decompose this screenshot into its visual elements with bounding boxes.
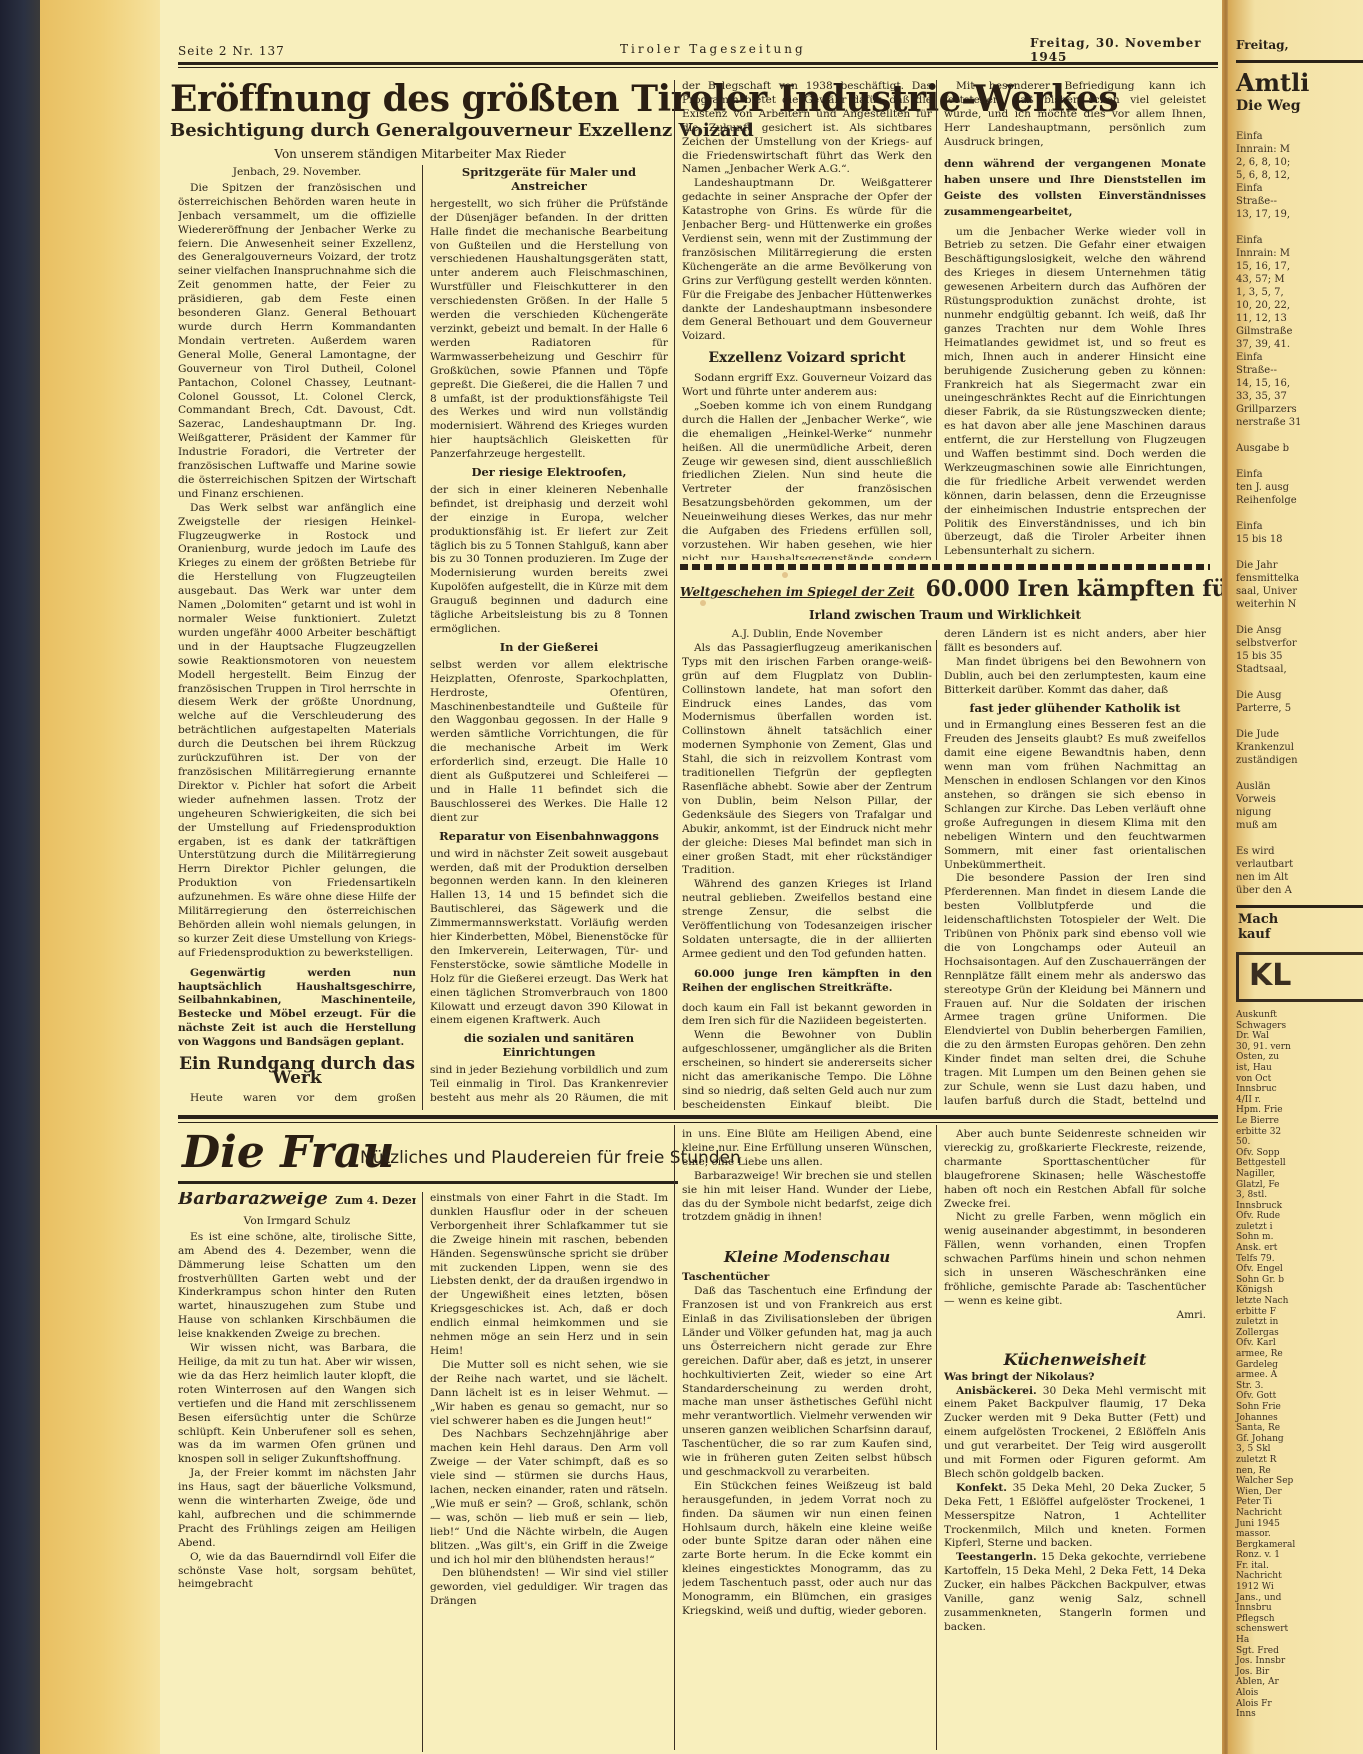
page-edge-stack [40,0,160,1754]
section-divider [178,1115,1218,1119]
recipe-text: 15 Deka gekochte, verriebene Kartoffeln,… [944,1551,1206,1633]
paragraph: Ja, der Freier kommt im nächsten Jahr in… [178,1467,416,1550]
main-article-column-3: der Belegschaft von 1938 beschäftigt. Da… [682,80,932,560]
small-ad-line: Ansk. ert [1236,1243,1363,1254]
small-ad-line: zuletzt in [1236,1317,1363,1328]
paragraph: der Belegschaft von 1938 beschäftigt. Da… [682,80,932,177]
ireland-column-1: A.J. Dublin, Ende November Als das Passa… [682,628,932,1110]
subheading-voizard-spricht: Exzellenz Voizard spricht [682,352,932,366]
listing-line: Einfa [1236,351,1363,364]
listing-line: Es wird [1236,845,1363,858]
listing-line [1236,507,1363,520]
small-ad-line: nen, Re [1236,1466,1363,1477]
small-ad-line: Wien, Der [1236,1487,1363,1498]
paragraph: hergestellt, wo sich früher die Prüfstän… [430,198,668,462]
listing-line: Straße-- [1236,364,1363,377]
small-ad-line: Jos. Bir [1236,1667,1363,1678]
listing-line: zuständigen [1236,754,1363,767]
small-ad-line: Peter Ti [1236,1497,1363,1508]
small-ad-line: zuletzt R [1236,1455,1363,1466]
masthead-rule [178,62,1218,65]
listing-line [1236,611,1363,624]
small-ad-line: Ofv. Rude [1236,1211,1363,1222]
listing-line: verlautbart [1236,858,1363,871]
ad-big-text: KL [1239,955,1363,996]
masthead-rule-thin [178,67,1218,68]
ad-rule [1236,905,1363,908]
modenschau-signature: Amri. [944,1309,1206,1323]
listing-line: 10, 20, 22, [1236,299,1363,312]
listing-line: 5, 6, 8, 12, [1236,169,1363,182]
next-page-listing: Einfa Innrain: M 2, 6, 8, 10; 5, 6, 8, 1… [1236,130,1363,897]
small-ad-line: Jos. Innsbr [1236,1656,1363,1667]
listing-line: Die Ausg [1236,689,1363,702]
barbarazweige-byline: Von Irmgard Schulz [178,1215,416,1229]
small-ad-line: Gardeleg [1236,1360,1363,1371]
subheading-katholik: fast jeder glühender Katholik ist [944,702,1206,716]
listing-line: 2, 6, 8, 10; [1236,156,1363,169]
listing-line: Parterre, 5 [1236,702,1363,715]
paragraph: „Soeben komme ich von einem Rundgang dur… [682,400,932,560]
small-ad-line: erbitte 32 [1236,1127,1363,1138]
paragraph: in uns. Eine Blüte am Heiligen Abend, ei… [682,1128,932,1170]
small-ad-line: Nachricht [1236,1571,1363,1582]
small-ad-line: Sgt. Fred [1236,1646,1363,1657]
listing-line: 14, 15, 16, [1236,377,1363,390]
newspaper-page: Seite 2 Nr. 137 Tiroler Tageszeitung Fre… [160,0,1225,1754]
listing-line: Einfa [1236,520,1363,533]
small-ad-line: Ofv. Karl [1236,1338,1363,1349]
listing-line: Einfa [1236,182,1363,195]
bold-paragraph: 60.000 junge Iren kämpften in den Reihen… [682,968,932,996]
ireland-dateline: A.J. Dublin, Ende November [682,628,932,642]
small-ad-line: Fr. ital. [1236,1561,1363,1572]
small-ad-line: Jans., und [1236,1593,1363,1604]
small-ad-line: zuletzt i [1236,1222,1363,1233]
listing-line: Auslän [1236,780,1363,793]
next-page-date: Freitag, [1236,38,1289,52]
listing-line: nerstraße 31 [1236,416,1363,429]
paragraph: Es ist eine schöne, alte, tirolische Sit… [178,1231,416,1342]
paragraph: Da dieses Ziel nun erreicht ist — die Je… [944,559,1206,560]
listing-line: Einfa [1236,468,1363,481]
small-ad-line: Ofv. Sopp [1236,1148,1363,1159]
small-ad-line: Dr. Wal [1236,1031,1363,1042]
listing-line: nigung [1236,806,1363,819]
recipe-name: Konfekt. [956,1482,1007,1494]
paragraph: Daß das Taschentuch eine Erfindung der F… [682,1285,932,1480]
recipe-name: Anisbäckerei. [956,1385,1037,1397]
small-ad-line: schenswert [1236,1624,1363,1635]
recipe: Konfekt. 35 Deka Mehl, 20 Deka Zucker, 5… [944,1482,1206,1552]
modenschau-subtitle: Taschentücher [682,1271,932,1285]
small-ad-line: Inns [1236,1709,1363,1720]
small-ad-line: Osten, zu [1236,1052,1363,1063]
column-rule [936,80,937,560]
next-page-subtitle: Die Weg [1236,98,1301,114]
small-ad-line: Sohn Frie [1236,1402,1363,1413]
small-ad-line: 4/II r. [1236,1095,1363,1106]
small-ad-line: ist, Hau [1236,1063,1363,1074]
listing-line [1236,221,1363,234]
small-ad-line: Zollergas [1236,1328,1363,1339]
paragraph: und wird in nächster Zeit soweit ausgeba… [430,848,668,1029]
small-ad-line: 3, 5 Skl [1236,1444,1363,1455]
listing-line: 13, 17, 19, [1236,208,1363,221]
column-rule [422,1192,423,1752]
paragraph: Mit besonderer Befriedigung kann ich fes… [944,80,1206,150]
paragraph: Aber auch bunte Seidenreste schneiden wi… [944,1128,1206,1211]
paragraph: Nicht zu grelle Farben, wenn möglich ein… [944,1211,1206,1308]
listing-line: 37, 39, 41. [1236,338,1363,351]
recipe: Teestangerln. 15 Deka gekochte, verriebe… [944,1551,1206,1634]
listing-line: saal, Univer [1236,585,1363,598]
listing-line: Grillparzers [1236,403,1363,416]
paragraph: selbst werden vor allem elektrische Heiz… [430,659,668,826]
paragraph: Den blühendsten! — Wir sind viel stiller… [430,1567,668,1609]
listing-line: fensmittelka [1236,572,1363,585]
small-ad-line: Alois [1236,1688,1363,1699]
small-ad-line: Walcher Sep [1236,1476,1363,1487]
small-ad-line: Str. 3. [1236,1381,1363,1392]
paragraph: Barbarazweige! Wir brechen sie und stell… [682,1170,932,1226]
paragraph: Die Mutter soll es nicht sehen, wie sie … [430,1359,668,1429]
newspaper-name: Tiroler Tageszeitung [620,42,806,56]
small-ad-line: Santa, Re [1236,1423,1363,1434]
small-ad-line: von Oct [1236,1074,1363,1085]
dateline: Jenbach, 29. November. [178,166,416,180]
listing-line: 11, 12, 13 [1236,312,1363,325]
small-ad-line: erbitte F [1236,1307,1363,1318]
listing-line: Die Jude [1236,728,1363,741]
recipe: Anisbäckerei. 30 Deka Mehl vermischt mit… [944,1385,1206,1482]
paragraph: Landeshauptmann Dr. Weißgatterer gedacht… [682,177,932,344]
listing-line: Vorweis [1236,793,1363,806]
listing-line: selbstverfor [1236,637,1363,650]
column-rule [936,1125,937,1750]
paragraph: O, wie da das Bauerndirndl voll Eifer di… [178,1551,416,1593]
paragraph: Heute waren vor dem großen Eingangstor, … [178,1092,416,1106]
ad-line: kauf [1238,927,1278,942]
listing-line: ten J. ausg [1236,481,1363,494]
kuechenweisheit-question: Was bringt der Nikolaus? [944,1371,1206,1385]
small-ad-line: Juni 1945 [1236,1519,1363,1530]
small-ad-line: Bettgestell [1236,1158,1363,1169]
wavy-divider [680,564,1210,570]
page-number: Seite 2 Nr. 137 [178,44,285,58]
small-ad-line: Ofv. Engel [1236,1264,1363,1275]
column-rule [422,165,423,1110]
frau-column-3: in uns. Eine Blüte am Heiligen Abend, ei… [682,1128,932,1752]
ad-box: KL [1236,952,1363,1002]
subheading-reparatur: Reparatur von Eisenbahnwaggons [430,830,668,844]
barbarazweige-column-2: einstmals von einer Fahrt in die Stadt. … [430,1192,668,1752]
small-ad-line: Gf. Johang [1236,1434,1363,1445]
listing-line: Stadtsaal, [1236,663,1363,676]
paragraph: und in Ermanglung eines Besseren fest an… [944,719,1206,872]
kuechenweisheit-title: Küchenweisheit [944,1353,1206,1367]
barbarazweige-title: Barbarazweige [178,1192,328,1209]
listing-line [1236,676,1363,689]
small-ad-line: Alois Fr [1236,1699,1363,1710]
main-subheadline: Besichtigung durch Generalgouverneur Exz… [170,120,670,141]
paper-stain [700,600,706,606]
bold-paragraph: Gegenwärtig werden nun hauptsächlich Hau… [178,967,416,1050]
paragraph: der sich in einer kleineren Nebenhalle b… [430,484,668,637]
main-headline: Eröffnung des größten Tiroler Industrie-… [170,78,670,120]
paragraph: Während des ganzen Krieges ist Irland ne… [682,878,932,961]
paragraph: deren Ländern ist es nicht anders, aber … [944,628,1206,656]
main-byline: Von unserem ständigen Mitarbeiter Max Ri… [170,147,670,161]
section-heading-rundgang: Ein Rundgang durch das Werk [178,1058,416,1086]
listing-line: 15 bis 35 [1236,650,1363,663]
paragraph: sind in jeder Beziehung vorbildlich und … [430,1064,668,1106]
listing-line: Die Ansg [1236,624,1363,637]
ad-header: Mach kauf [1238,912,1278,942]
ireland-header: Weltgeschehen im Spiegel der Zeit 60.000… [680,576,1210,602]
small-ad-line: armee, Re [1236,1349,1363,1360]
listing-line: Die Jahr [1236,559,1363,572]
paragraph: Man findet übrigens bei den Bewohnern vo… [944,656,1206,698]
paragraph: Wenn die Bewohner von Dublin aufgeschlos… [682,1029,932,1110]
paragraph: Die besondere Passion der Iren sind Pfer… [944,872,1206,1110]
ireland-kicker: Weltgeschehen im Spiegel der Zeit [680,585,914,599]
listing-line: Einfa [1236,234,1363,247]
listing-line: über den A [1236,884,1363,897]
bold-paragraph: denn während der vergangenen Monate habe… [944,156,1206,220]
paragraph: Als das Passagierflugzeug amerikanischen… [682,642,932,878]
paragraph: doch kaum ein Fall ist bekannt geworden … [682,1002,932,1030]
modenschau-title: Kleine Modenschau [682,1251,932,1265]
small-ad-line: Ha [1236,1635,1363,1646]
subheading-spritzgeraete: Spritzgeräte für Maler und Anstreicher [430,166,668,194]
small-ad-line: 30, 91. vern [1236,1042,1363,1053]
small-ad-line: Johannes [1236,1413,1363,1424]
section-divider-thin [178,1122,1218,1123]
paragraph: einstmals von einer Fahrt in die Stadt. … [430,1192,668,1359]
small-ad-line: Sohn Gr. b [1236,1275,1363,1286]
small-ads-list: AuskunftSchwagersDr. Wal30, 91. vernOste… [1236,1010,1363,1720]
listing-line: 33, 35, 37 [1236,390,1363,403]
listing-line: Straße-- [1236,195,1363,208]
paragraph: Ein Stückchen feines Weißzeug ist bald h… [682,1480,932,1619]
listing-line: Gilmstraße [1236,325,1363,338]
small-ad-line: Sohn m. [1236,1232,1363,1243]
paper-stain [782,572,788,578]
listing-line: Innrain: M [1236,143,1363,156]
ad-line: Mach [1238,912,1278,927]
listing-line: Krankenzul [1236,741,1363,754]
frau-column-4: Aber auch bunte Seidenreste schneiden wi… [944,1128,1206,1752]
listing-line: weiterhin N [1236,598,1363,611]
paragraph: Sodann ergriff Exz. Gouverneur Voizard d… [682,372,932,400]
small-ad-line: letzte Nach [1236,1296,1363,1307]
paragraph: Die Spitzen der französischen und österr… [178,182,416,502]
small-ad-line: Pflegsch [1236,1614,1363,1625]
subheading-elektroofen: Der riesige Elektroofen, [430,466,668,480]
small-ad-line: Auskunft [1236,1010,1363,1021]
next-page-fragment: Freitag, Amtli Die Weg Einfa Innrain: M … [1228,0,1363,1754]
small-ad-line: Nagiller, [1236,1169,1363,1180]
column-rule [674,1125,675,1750]
listing-line: Innrain: M [1236,247,1363,260]
book-binding [0,0,40,1754]
issue-date: Freitag, 30. November 1945 [1030,36,1225,64]
small-ad-line: armee. A [1236,1370,1363,1381]
ireland-subheadline: Irland zwischen Traum und Wirklichkeit [680,608,1210,622]
listing-line: muß am [1236,819,1363,832]
paragraph: um die Jenbacher Werke wieder voll in Be… [944,226,1206,560]
small-ad-line: Telfs 79. [1236,1254,1363,1265]
small-ad-line: Schwagers [1236,1021,1363,1032]
small-ad-line: Innsbruck [1236,1201,1363,1212]
listing-line: 15, 16, 17, [1236,260,1363,273]
listing-line: Einfa [1236,130,1363,143]
recipe-text: 30 Deka Mehl vermischt mit einem Paket B… [944,1385,1206,1480]
barbarazweige-date: Zum 4. Dezember [335,1194,416,1207]
small-ad-line: Königsh [1236,1285,1363,1296]
small-ad-line: Innsbruc [1236,1084,1363,1095]
next-page-title: Amtli [1236,68,1309,97]
recipe-name: Teestangerln. [956,1551,1037,1563]
main-article-column-4: Mit besonderer Befriedigung kann ich fes… [944,80,1206,560]
column-rule [936,640,937,1110]
listing-line: 1, 3, 5, 7, [1236,286,1363,299]
listing-line: 43, 57; M [1236,273,1363,286]
small-ad-line: massor. [1236,1529,1363,1540]
small-ad-line: Nachricht [1236,1508,1363,1519]
small-ad-line: 1912 Wi [1236,1582,1363,1593]
paragraph: Wir wissen nicht, was Barbara, die Heili… [178,1342,416,1467]
main-article-column-1: Jenbach, 29. November. Die Spitzen der f… [178,166,416,1106]
subheading-sozial: die sozialen und sanitären Einrichtungen [430,1032,668,1060]
listing-line [1236,455,1363,468]
column-rule [674,80,675,1110]
listing-line: nen im Alt [1236,871,1363,884]
paragraph: Das Werk selbst war anfänglich eine Zwei… [178,502,416,961]
small-ad-line: Ronz. v. 1 [1236,1550,1363,1561]
subheading-giesserei: In der Gießerei [430,641,668,655]
small-ad-line: Ofv. Gott [1236,1391,1363,1402]
listing-line [1236,429,1363,442]
paragraph: Des Nachbars Sechzehnjährige aber machen… [430,1428,668,1567]
listing-line [1236,767,1363,780]
frau-header-rule [178,1181,678,1184]
small-ad-line: 3, 8stl. [1236,1190,1363,1201]
small-ad-line: 50. [1236,1137,1363,1148]
small-ad-line: Bergkameral [1236,1540,1363,1551]
listing-line: Reihenfolge [1236,494,1363,507]
listing-line: 15 bis 18 [1236,533,1363,546]
barbarazweige-column-1: Barbarazweige Zum 4. Dezember Von Irmgar… [178,1192,416,1752]
main-article-column-2: Spritzgeräte für Maler und Anstreicher h… [430,166,668,1106]
listing-line [1236,715,1363,728]
listing-line [1236,832,1363,845]
small-ad-line: Hpm. Frie [1236,1105,1363,1116]
small-ad-line: Ablen, Ar [1236,1677,1363,1688]
listing-line [1236,546,1363,559]
small-ad-line: Glatzl, Fe [1236,1180,1363,1191]
next-page-rule [1236,60,1363,63]
ireland-column-2: deren Ländern ist es nicht anders, aber … [944,628,1206,1110]
listing-line: Ausgabe b [1236,442,1363,455]
small-ad-line: Le Bierre [1236,1116,1363,1127]
small-ad-line: Innsbru [1236,1603,1363,1614]
